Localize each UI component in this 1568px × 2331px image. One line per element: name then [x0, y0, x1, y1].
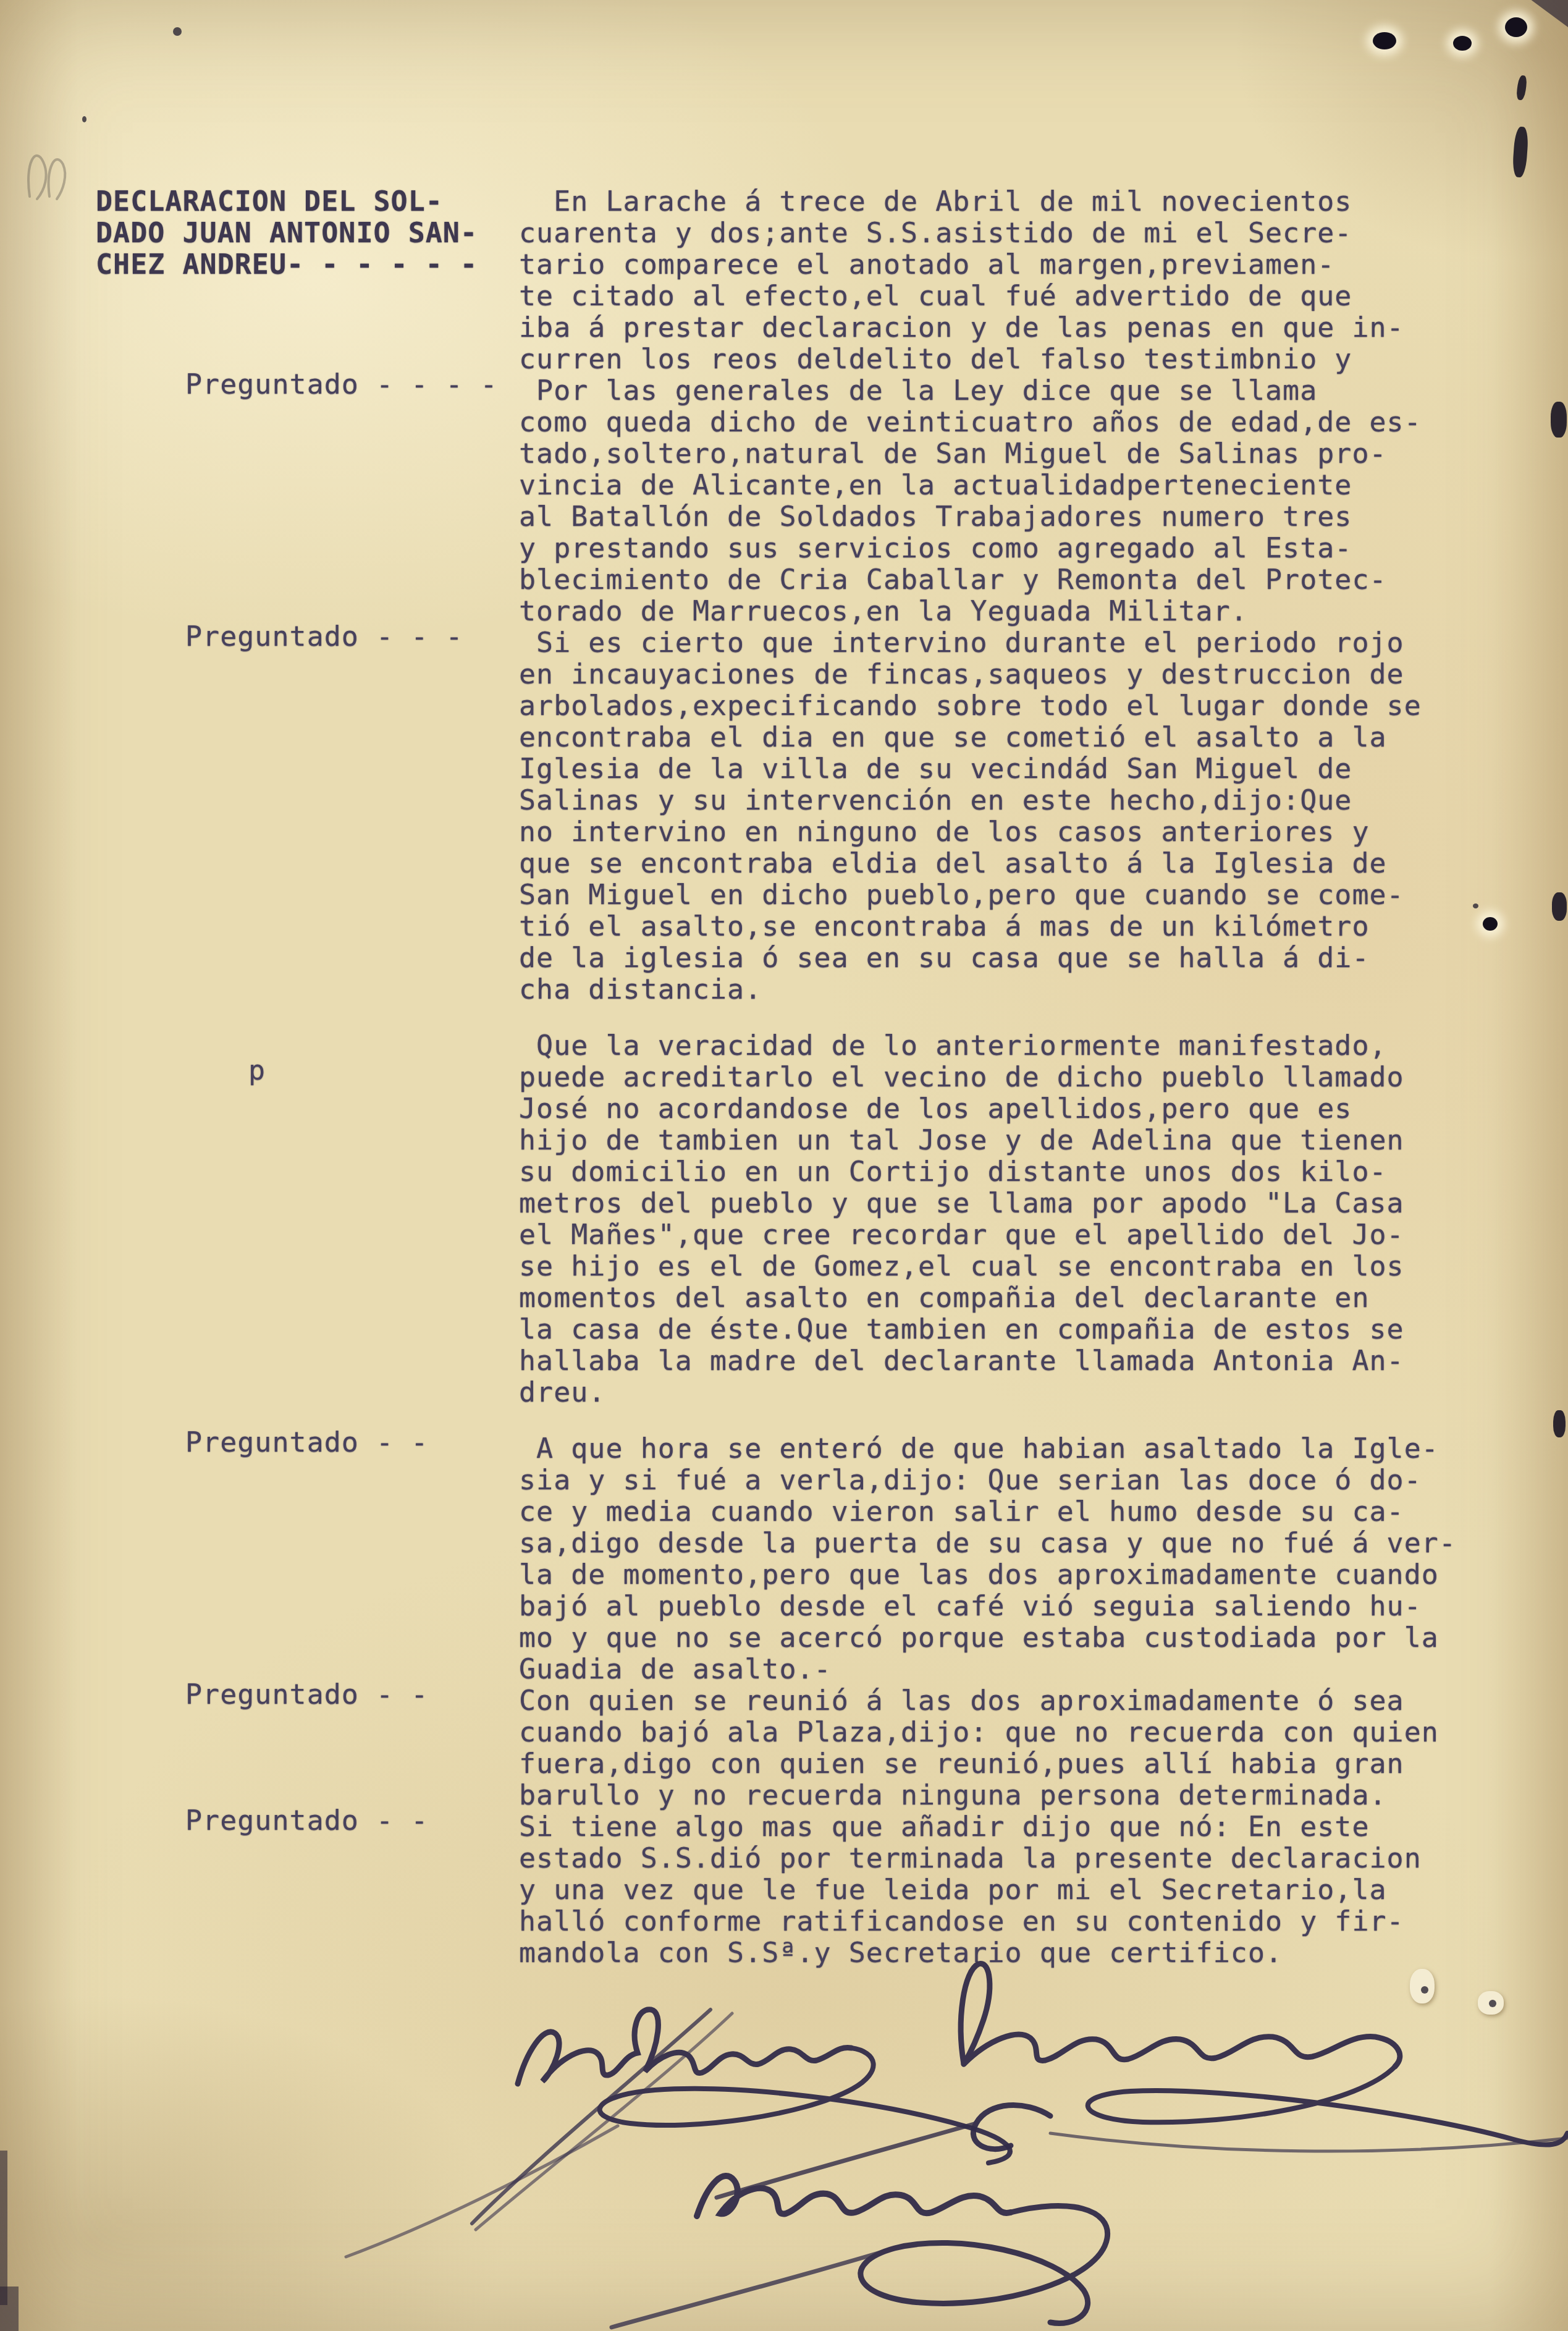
signature-left-icon [346, 2010, 1010, 2257]
margin-label-preguntado-3: Preguntado - - [185, 1426, 428, 1458]
paragraph-reunion-plaza: Con quien se reunió á las dos aproximada… [519, 1685, 1532, 1811]
pin-hole [1373, 32, 1396, 49]
corner-tear [1525, 0, 1568, 27]
paragraph-periodo-rojo: Si es cierto que intervino durante el pe… [519, 627, 1532, 1005]
document-page: DECLARACION DEL SOL- DADO JUAN ANTONIO S… [0, 0, 1568, 2331]
paper-speck [1489, 2000, 1496, 2007]
paper-speck [82, 116, 86, 122]
margin-label-preguntado-4: Preguntado - - [185, 1678, 428, 1710]
paragraph-generales: Por las generales de la Ley dice que se … [519, 374, 1532, 627]
paragraph-cierre: Si tiene algo mas que añadir dijo que nó… [519, 1811, 1532, 1968]
paper-tear [1553, 1410, 1566, 1437]
pin-hole [1505, 17, 1527, 37]
paper-speck [173, 27, 182, 36]
margin-label-preguntado-2: Preguntado - - - [185, 620, 463, 652]
edge-shadow [0, 2151, 7, 2305]
paper-tear [1551, 402, 1567, 438]
paragraph-hora-asalto: A que hora se enteró de que habian asalt… [519, 1432, 1532, 1685]
margin-label-preguntado-5: Preguntado - - [185, 1804, 428, 1836]
signature-juan-antonio-sanchez-icon [961, 1963, 1567, 2151]
paper-tear [1515, 75, 1527, 101]
case-heading: DECLARACION DEL SOL- DADO JUAN ANTONIO S… [96, 185, 478, 280]
paragraph-veracidad: Que la veracidad de lo anteriormente man… [519, 1030, 1532, 1408]
pencil-scribble [28, 156, 65, 199]
paper-tear [1512, 126, 1529, 177]
pin-hole [1453, 36, 1472, 51]
paragraph-opening: En Larache á trece de Abril de mil novec… [519, 185, 1532, 374]
paper-tear [1552, 892, 1567, 921]
paper-speck [1421, 1986, 1428, 1994]
margin-label-preguntado-1: Preguntado - - - - [185, 368, 498, 400]
margin-note-p: p [248, 1054, 266, 1086]
signature-secretary-rubric-icon [612, 2105, 1108, 2327]
edge-shadow [0, 2287, 19, 2331]
